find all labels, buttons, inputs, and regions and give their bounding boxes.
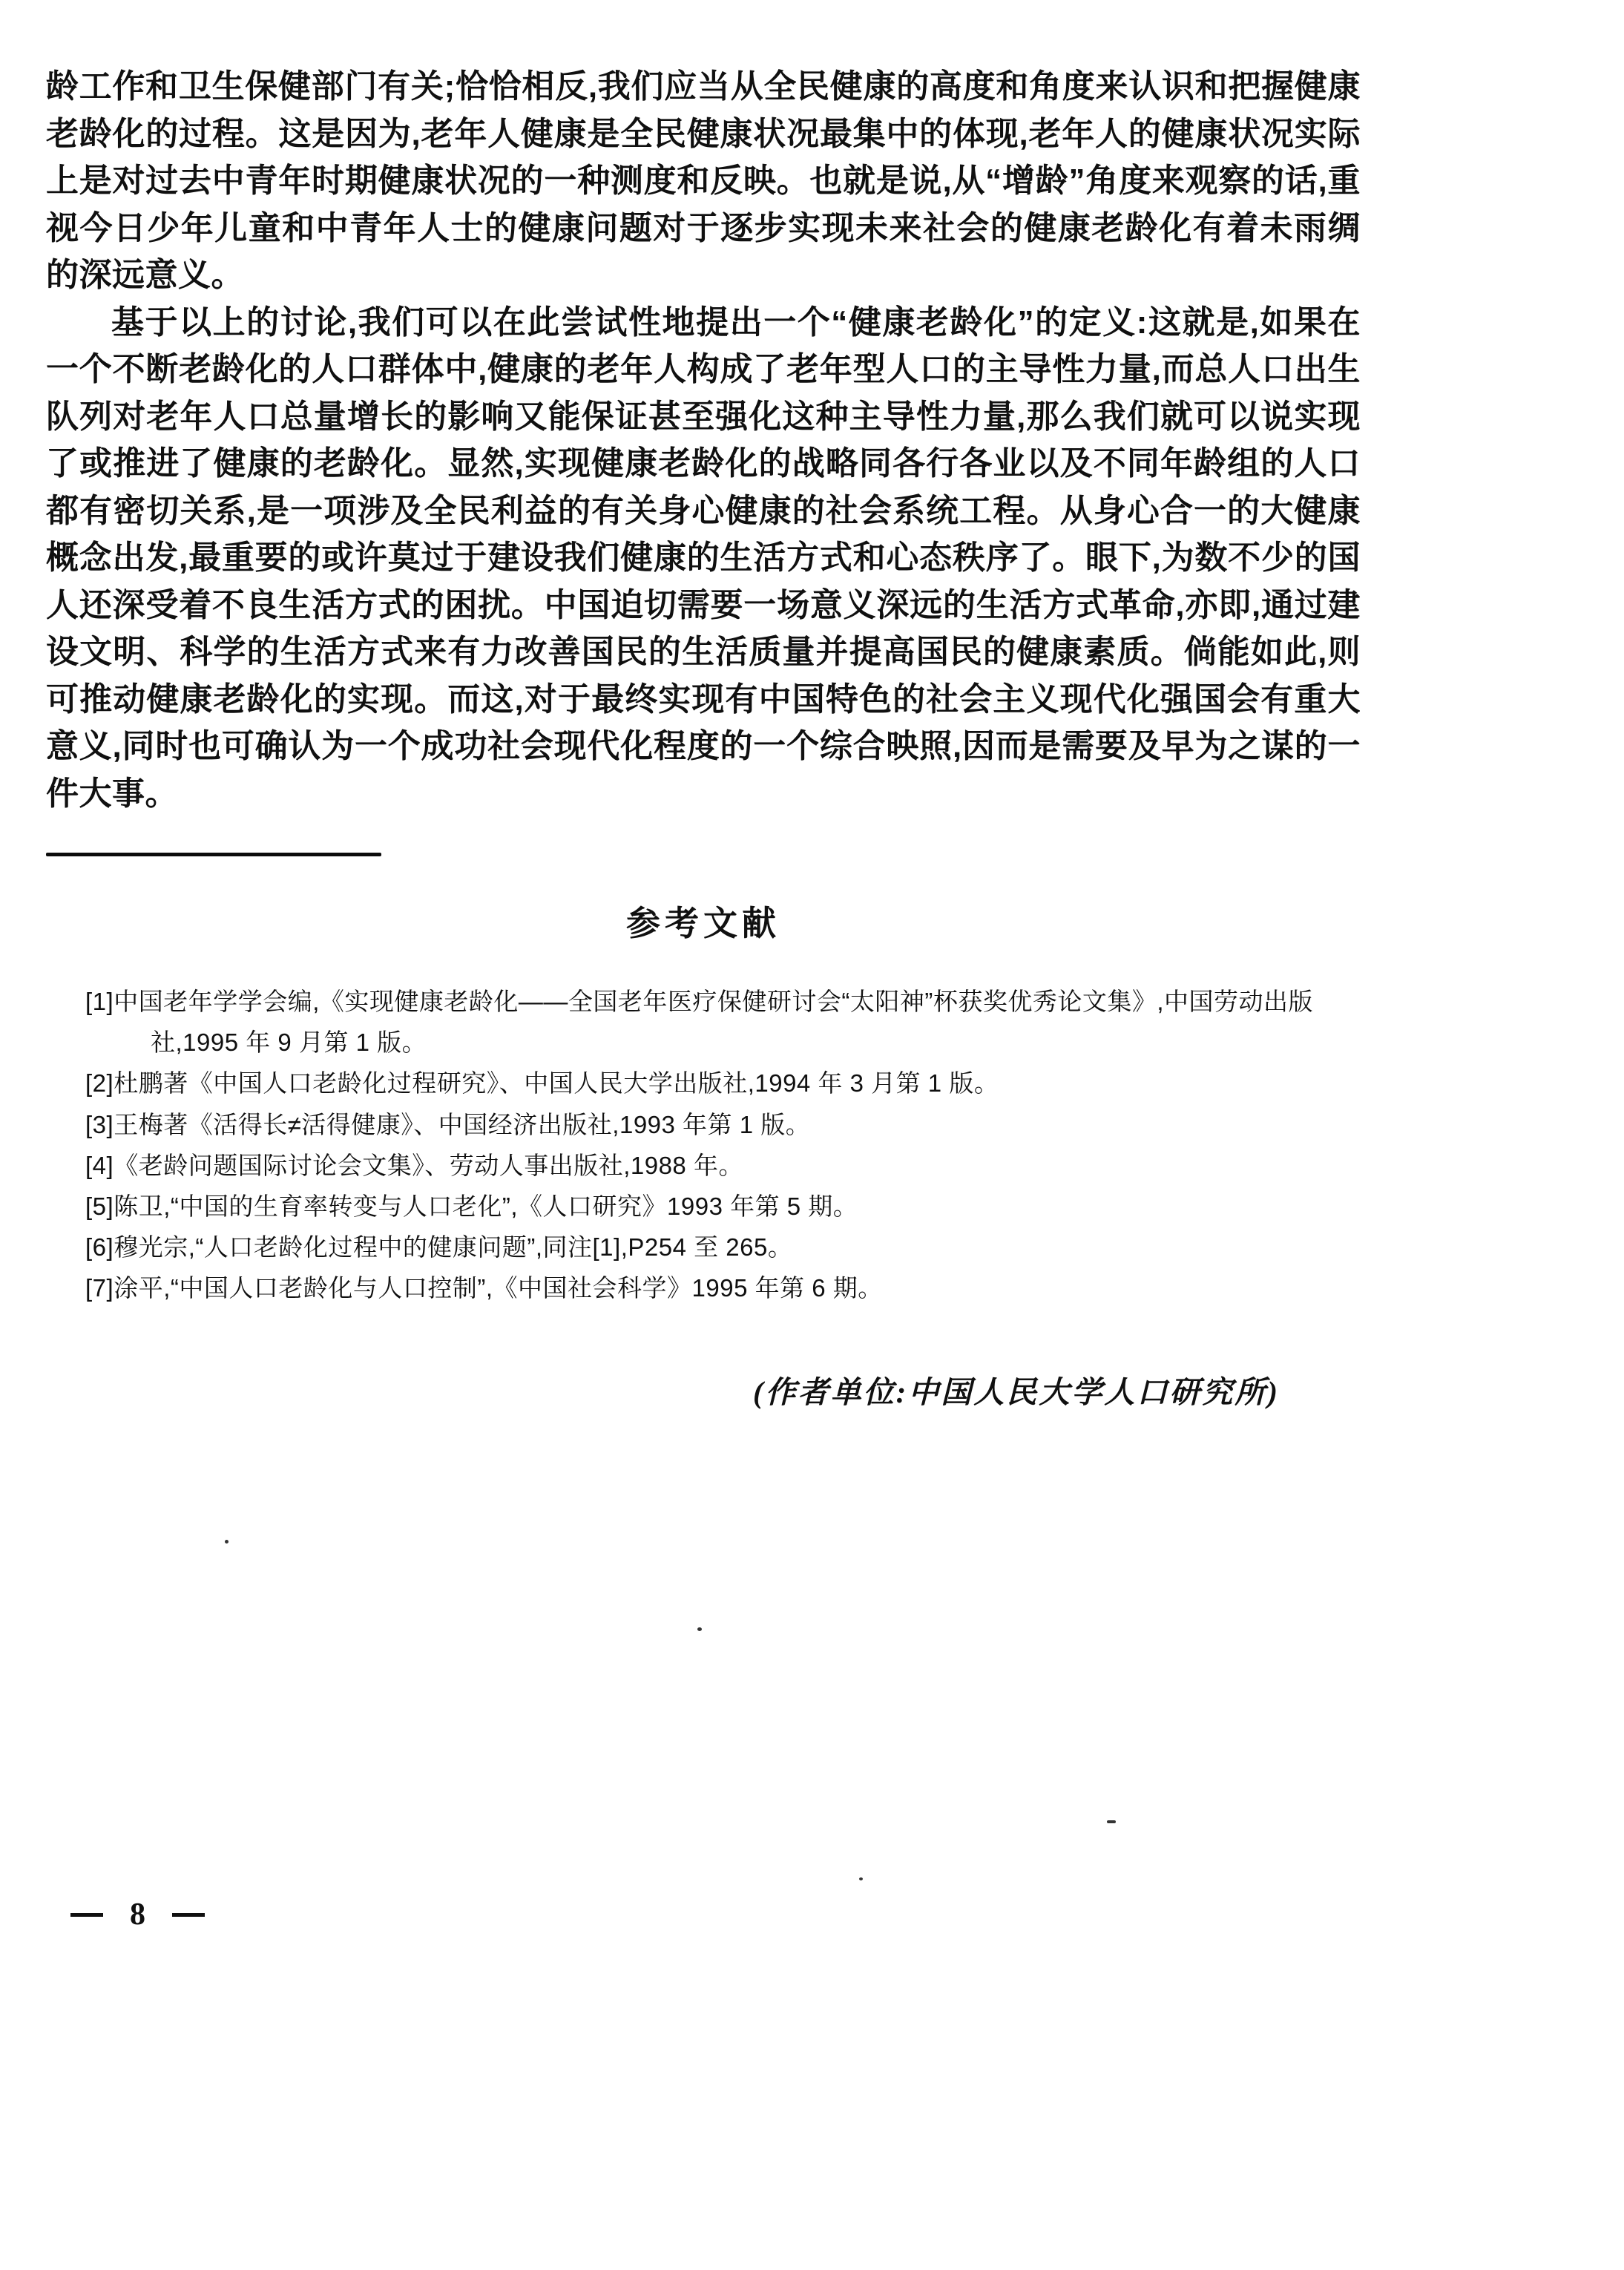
page-number-dash-left (70, 1913, 103, 1917)
page-number: 8 (70, 1897, 205, 1932)
author-affiliation: (作者单位:中国人民大学人口研究所) (46, 1368, 1280, 1411)
reference-entry: [1]中国老年学学会编,《实现健康老龄化——全国老年医疗保健研讨会“太阳神”杯获… (85, 981, 1391, 1022)
references-heading: 参考文献 (46, 896, 1361, 945)
body-line: 龄工作和卫生保健部门有关;恰恰相反,我们应当从全民健康的高度和角度来认识和把握健… (46, 63, 1361, 111)
reference-entry: [5]陈卫,“中国的生育率转变与人口老化”,《人口研究》1993 年第 5 期。 (85, 1186, 1391, 1227)
body-line: 上是对过去中青年时期健康状况的一种测度和反映。也就是说,从“增龄”角度来观察的话… (46, 157, 1361, 205)
body-line: 了或推进了健康的老龄化。显然,实现健康老龄化的战略同各行各业以及不同年龄组的人口 (46, 440, 1361, 488)
reference-entry: [7]涂平,“中国人口老龄化与人口控制”,《中国社会科学》1995 年第 6 期… (85, 1267, 1391, 1308)
body-line: 队列对老年人口总量增长的影响又能保证甚至强化这种主导性力量,那么我们就可以说实现 (46, 393, 1361, 441)
reference-entry: [6]穆光宗,“人口老龄化过程中的健康问题”,同注[1],P254 至 265。 (85, 1227, 1391, 1267)
scan-speck (1107, 1820, 1116, 1823)
footnote-divider-rule (46, 853, 381, 856)
body-line: 意义,同时也可确认为一个成功社会现代化程度的一个综合映照,因而是需要及早为之谋的… (46, 723, 1361, 770)
body-line: 设文明、科学的生活方式来有力改善国民的生活质量并提高国民的健康素质。倘能如此,则… (46, 629, 1361, 676)
scan-speck (697, 1627, 702, 1631)
body-line: 视今日少年儿童和中青年人士的健康问题对于逐步实现未来社会的健康老龄化有着未雨绸缪 (46, 205, 1361, 252)
article-body: 龄工作和卫生保健部门有关;恰恰相反,我们应当从全民健康的高度和角度来认识和把握健… (46, 63, 1361, 817)
page-number-dash-right (172, 1913, 205, 1917)
scan-speck (859, 1877, 863, 1880)
body-line: 老龄化的过程。这是因为,老年人健康是全民健康状况最集中的体现,老年人的健康状况实… (46, 111, 1361, 158)
reference-entry-continuation: 社,1995 年 9 月第 1 版。 (151, 1022, 1391, 1063)
page-number-value: 8 (130, 1897, 145, 1932)
scan-speck (225, 1540, 229, 1544)
body-line: 一个不断老龄化的人口群体中,健康的老年人构成了老年型人口的主导性力量,而总人口出… (46, 346, 1361, 393)
scanned-paper-page: 龄工作和卫生保健部门有关;恰恰相反,我们应当从全民健康的高度和角度来认识和把握健… (0, 0, 1624, 2270)
references-list: [1]中国老年学学会编,《实现健康老龄化——全国老年医疗保健研讨会“太阳神”杯获… (85, 981, 1391, 1309)
body-line: 人还深受着不良生活方式的困扰。中国迫切需要一场意义深远的生活方式革命,亦即,通过… (46, 582, 1361, 629)
reference-entry: [4]《老龄问题国际讨论会文集》、劳动人事出版社,1988 年。 (85, 1145, 1391, 1186)
body-line: 的深远意义。 (46, 252, 1361, 299)
body-line: 概念出发,最重要的或许莫过于建设我们健康的生活方式和心态秩序了。眼下,为数不少的… (46, 534, 1361, 582)
reference-entry: [3]王梅著《活得长≠活得健康》、中国经济出版社,1993 年第 1 版。 (85, 1104, 1391, 1145)
body-line: 都有密切关系,是一项涉及全民利益的有关身心健康的社会系统工程。从身心合一的大健康 (46, 488, 1361, 535)
body-line: 可推动健康老龄化的实现。而这,对于最终实现有中国特色的社会主义现代化强国会有重大 (46, 676, 1361, 724)
reference-entry: [2]杜鹏著《中国人口老龄化过程研究》、中国人民大学出版社,1994 年 3 月… (85, 1063, 1391, 1103)
body-line: 件大事。 (46, 770, 1361, 818)
body-line: 基于以上的讨论,我们可以在此尝试性地提出一个“健康老龄化”的定义:这就是,如果在 (46, 299, 1361, 347)
